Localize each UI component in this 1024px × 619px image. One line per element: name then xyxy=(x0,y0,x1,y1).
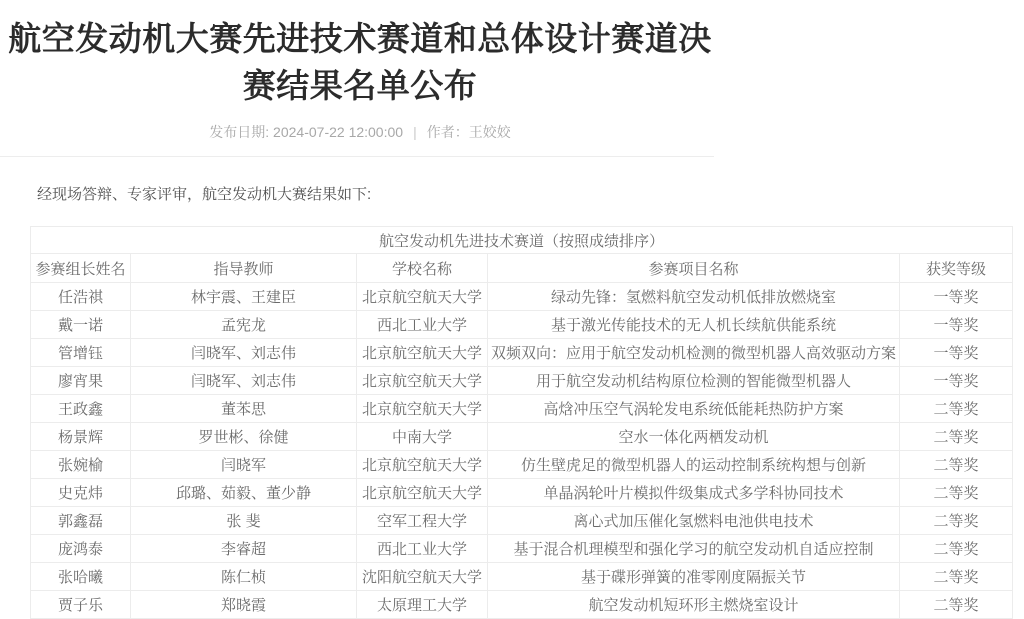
cell-award: 二等奖 xyxy=(900,479,1013,507)
cell-leader: 任浩祺 xyxy=(31,283,131,311)
article-header: 航空发动机大赛先进技术赛道和总体设计赛道决赛结果名单公布 发布日期: 2024-… xyxy=(0,0,720,157)
cell-leader: 贾子乐 xyxy=(31,591,131,619)
cell-leader: 庞鸿泰 xyxy=(31,535,131,563)
page-title: 航空发动机大赛先进技术赛道和总体设计赛道决赛结果名单公布 xyxy=(0,15,720,109)
column-header-teachers: 指导教师 xyxy=(131,254,357,283)
cell-teachers: 闫晓军、刘志伟 xyxy=(131,367,357,395)
cell-school: 西北工业大学 xyxy=(357,311,488,339)
article-meta: 发布日期: 2024-07-22 12:00:00|作者：王姣姣 xyxy=(0,122,720,142)
cell-school: 北京航空航天大学 xyxy=(357,339,488,367)
cell-teachers: 董苯思 xyxy=(131,395,357,423)
cell-project: 航空发动机短环形主燃烧室设计 xyxy=(488,591,900,619)
table-row: 郭鑫磊张 斐空军工程大学离心式加压催化氢燃料电池供电技术二等奖 xyxy=(31,507,1013,535)
column-header-school: 学校名称 xyxy=(357,254,488,283)
cell-leader: 管增钰 xyxy=(31,339,131,367)
table-row: 庞鸿泰李睿超西北工业大学基于混合机理模型和强化学习的航空发动机自适应控制二等奖 xyxy=(31,535,1013,563)
cell-teachers: 邱璐、茹毅、董少静 xyxy=(131,479,357,507)
cell-project: 绿动先锋：氢燃料航空发动机低排放燃烧室 xyxy=(488,283,900,311)
cell-school: 北京航空航天大学 xyxy=(357,367,488,395)
cell-project: 空水一体化两栖发动机 xyxy=(488,423,900,451)
cell-teachers: 李睿超 xyxy=(131,535,357,563)
meta-separator: | xyxy=(413,124,417,140)
cell-teachers: 闫晓军、刘志伟 xyxy=(131,339,357,367)
cell-award: 二等奖 xyxy=(900,507,1013,535)
cell-school: 太原理工大学 xyxy=(357,591,488,619)
cell-school: 沈阳航空航天大学 xyxy=(357,563,488,591)
cell-project: 高焓冲压空气涡轮发电系统低能耗热防护方案 xyxy=(488,395,900,423)
column-header-project: 参赛项目名称 xyxy=(488,254,900,283)
cell-award: 二等奖 xyxy=(900,395,1013,423)
results-table-body: 任浩祺林宇震、王建臣北京航空航天大学绿动先锋：氢燃料航空发动机低排放燃烧室一等奖… xyxy=(31,283,1013,619)
table-row: 张哈曦陈仁桢沈阳航空航天大学基于碟形弹簧的准零刚度隔振关节二等奖 xyxy=(31,563,1013,591)
cell-award: 一等奖 xyxy=(900,367,1013,395)
cell-award: 二等奖 xyxy=(900,563,1013,591)
cell-project: 离心式加压催化氢燃料电池供电技术 xyxy=(488,507,900,535)
cell-project: 基于碟形弹簧的准零刚度隔振关节 xyxy=(488,563,900,591)
table-row: 戴一诺孟宪龙西北工业大学基于激光传能技术的无人机长续航供能系统一等奖 xyxy=(31,311,1013,339)
cell-award: 二等奖 xyxy=(900,591,1013,619)
cell-teachers: 孟宪龙 xyxy=(131,311,357,339)
cell-award: 二等奖 xyxy=(900,451,1013,479)
cell-teachers: 陈仁桢 xyxy=(131,563,357,591)
cell-leader: 戴一诺 xyxy=(31,311,131,339)
cell-teachers: 罗世彬、徐健 xyxy=(131,423,357,451)
table-row: 王政鑫董苯思北京航空航天大学高焓冲压空气涡轮发电系统低能耗热防护方案二等奖 xyxy=(31,395,1013,423)
cell-leader: 廖宵果 xyxy=(31,367,131,395)
table-row: 张婉榆闫晓军北京航空航天大学仿生壁虎足的微型机器人的运动控制系统构想与创新二等奖 xyxy=(31,451,1013,479)
cell-teachers: 闫晓军 xyxy=(131,451,357,479)
header-divider xyxy=(0,156,714,157)
cell-award: 一等奖 xyxy=(900,339,1013,367)
cell-leader: 史克炜 xyxy=(31,479,131,507)
cell-award: 一等奖 xyxy=(900,311,1013,339)
table-caption-row: 航空发动机先进技术赛道（按照成绩排序） xyxy=(31,227,1013,254)
table-row: 管增钰闫晓军、刘志伟北京航空航天大学双频双向：应用于航空发动机检测的微型机器人高… xyxy=(31,339,1013,367)
results-table: 航空发动机先进技术赛道（按照成绩排序） 参赛组长姓名 指导教师 学校名称 参赛项… xyxy=(30,226,1013,619)
cell-teachers: 林宇震、王建臣 xyxy=(131,283,357,311)
cell-leader: 郭鑫磊 xyxy=(31,507,131,535)
table-header-row: 参赛组长姓名 指导教师 学校名称 参赛项目名称 获奖等级 xyxy=(31,254,1013,283)
cell-project: 用于航空发动机结构原位检测的智能微型机器人 xyxy=(488,367,900,395)
cell-leader: 杨景辉 xyxy=(31,423,131,451)
cell-school: 北京航空航天大学 xyxy=(357,395,488,423)
cell-project: 单晶涡轮叶片模拟件级集成式多学科协同技术 xyxy=(488,479,900,507)
table-caption: 航空发动机先进技术赛道（按照成绩排序） xyxy=(31,227,1013,254)
table-row: 廖宵果闫晓军、刘志伟北京航空航天大学用于航空发动机结构原位检测的智能微型机器人一… xyxy=(31,367,1013,395)
article-page: 航空发动机大赛先进技术赛道和总体设计赛道决赛结果名单公布 发布日期: 2024-… xyxy=(0,0,1024,619)
cell-leader: 张婉榆 xyxy=(31,451,131,479)
table-row: 贾子乐郑晓霞太原理工大学航空发动机短环形主燃烧室设计二等奖 xyxy=(31,591,1013,619)
cell-school: 空军工程大学 xyxy=(357,507,488,535)
cell-leader: 张哈曦 xyxy=(31,563,131,591)
cell-award: 二等奖 xyxy=(900,423,1013,451)
cell-school: 西北工业大学 xyxy=(357,535,488,563)
cell-project: 基于混合机理模型和强化学习的航空发动机自适应控制 xyxy=(488,535,900,563)
author: 作者：王姣姣 xyxy=(427,124,511,140)
table-row: 杨景辉罗世彬、徐健中南大学空水一体化两栖发动机二等奖 xyxy=(31,423,1013,451)
cell-teachers: 郑晓霞 xyxy=(131,591,357,619)
column-header-leader: 参赛组长姓名 xyxy=(31,254,131,283)
table-row: 任浩祺林宇震、王建臣北京航空航天大学绿动先锋：氢燃料航空发动机低排放燃烧室一等奖 xyxy=(31,283,1013,311)
cell-award: 二等奖 xyxy=(900,535,1013,563)
cell-school: 北京航空航天大学 xyxy=(357,283,488,311)
column-header-award: 获奖等级 xyxy=(900,254,1013,283)
cell-project: 双频双向：应用于航空发动机检测的微型机器人高效驱动方案 xyxy=(488,339,900,367)
table-row: 史克炜邱璐、茹毅、董少静北京航空航天大学单晶涡轮叶片模拟件级集成式多学科协同技术… xyxy=(31,479,1013,507)
intro-text: 经现场答辩、专家评审，航空发动机大赛结果如下: xyxy=(37,183,1024,204)
cell-school: 中南大学 xyxy=(357,423,488,451)
cell-project: 仿生壁虎足的微型机器人的运动控制系统构想与创新 xyxy=(488,451,900,479)
cell-school: 北京航空航天大学 xyxy=(357,451,488,479)
publish-date: 发布日期: 2024-07-22 12:00:00 xyxy=(209,124,403,140)
cell-teachers: 张 斐 xyxy=(131,507,357,535)
cell-award: 一等奖 xyxy=(900,283,1013,311)
cell-leader: 王政鑫 xyxy=(31,395,131,423)
cell-school: 北京航空航天大学 xyxy=(357,479,488,507)
cell-project: 基于激光传能技术的无人机长续航供能系统 xyxy=(488,311,900,339)
